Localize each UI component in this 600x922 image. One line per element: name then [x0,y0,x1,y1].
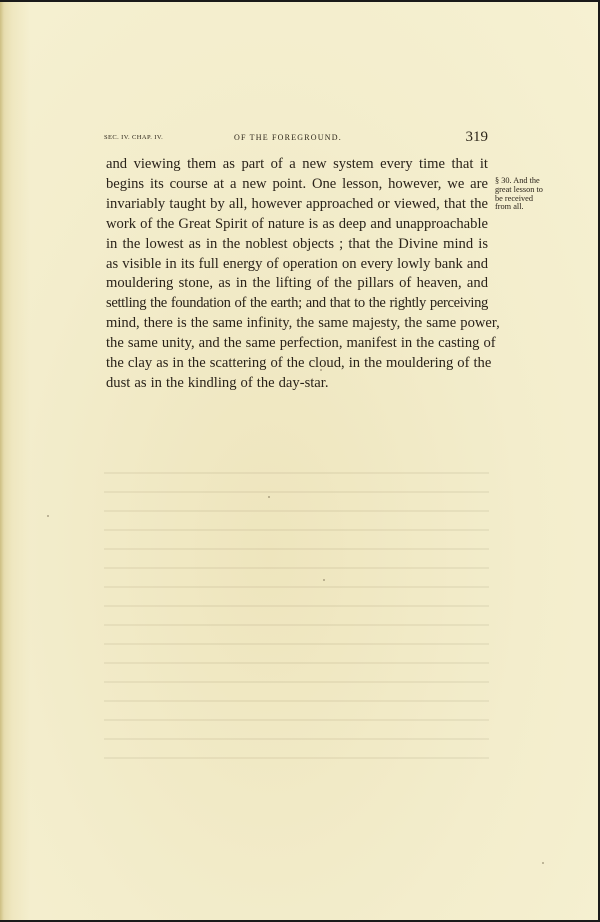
text-line: settling the foundation of the earth; an… [106,294,488,314]
text-line: begins its course at a new point. One le… [106,175,488,195]
paper-speck [47,515,49,517]
book-page: SEC. IV. CHAP. IV. OF THE FOREGROUND. 31… [0,0,600,922]
paper-speck [323,579,325,581]
text-line: dust as in the kindling of the day-star. [106,374,488,394]
margin-note-line: from all. [495,203,565,212]
text-line: in the lowest as in the noblest objects … [106,235,488,255]
paper-speck [542,862,544,864]
text-line: work of the Great Spirit of nature is as… [106,215,488,235]
text-line: mouldering stone, as in the lifting of t… [106,274,488,294]
body-paragraph: and viewing them as part of a new system… [106,155,488,394]
text-line: the same unity, and the same perfection,… [106,334,488,354]
paper-speck [268,496,270,498]
text-line: invariably taught by all, however approa… [106,195,488,215]
running-header: SEC. IV. CHAP. IV. OF THE FOREGROUND. 31… [104,133,490,149]
text-line: mind, there is the same infinity, the sa… [106,314,488,334]
text-line: the clay as in the scattering of the clo… [106,354,488,374]
text-line: and viewing them as part of a new system… [106,155,488,175]
section-label: SEC. IV. CHAP. IV. [104,134,163,141]
chapter-title: OF THE FOREGROUND. [234,133,342,142]
show-through-texture [104,472,489,772]
margin-note: § 30. And the great lesson to be receive… [495,177,565,212]
paper-speck [320,369,322,371]
page-number: 319 [466,129,489,146]
text-line: as visible in its full energy of operati… [106,255,488,275]
